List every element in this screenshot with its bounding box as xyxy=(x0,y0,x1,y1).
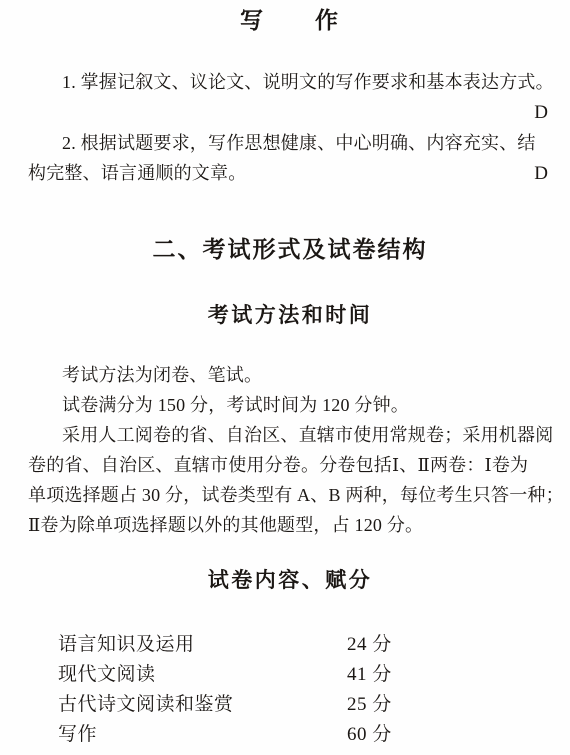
method-line: 卷的省、自治区、直辖市使用分卷。分卷包括Ⅰ、Ⅱ两卷：Ⅰ卷为 xyxy=(28,450,552,480)
grade-badge: D xyxy=(534,102,548,123)
requirement-2-line-2-text: 构完整、语言通顺的文章。 xyxy=(28,158,246,188)
score-value: 41 分 xyxy=(347,660,392,690)
grade-badge: D xyxy=(534,159,548,189)
requirement-1-line: 1. 掌握记叙文、议论文、说明文的写作要求和基本表达方式。 xyxy=(28,67,552,97)
exam-method-paragraphs: 考试方法为闭卷、笔试。 试卷满分为 150 分，考试时间为 120 分钟。 采用… xyxy=(28,360,552,540)
score-label: 语言知识及运用 xyxy=(58,630,347,660)
requirement-2-line-2: 构完整、语言通顺的文章。 D xyxy=(28,158,552,189)
score-row: 古代诗文阅读和鉴赏 25 分 xyxy=(58,690,552,720)
method-line: 采用人工阅卷的省、自治区、直辖市使用常规卷；采用机器阅 xyxy=(28,420,552,450)
method-line: 单项选择题占 30 分，试卷类型有 A、B 两种，每位考生只答一种； xyxy=(28,480,552,510)
document-page: 写 作 1. 掌握记叙文、议论文、说明文的写作要求和基本表达方式。 D 2. 根… xyxy=(0,0,570,755)
sub-heading-exam-method: 考试方法和时间 xyxy=(28,302,552,328)
score-value: 24 分 xyxy=(347,630,392,660)
score-label: 现代文阅读 xyxy=(58,660,347,690)
method-line: 试卷满分为 150 分，考试时间为 120 分钟。 xyxy=(28,390,552,420)
score-label: 写作 xyxy=(58,720,347,750)
method-line: 考试方法为闭卷、笔试。 xyxy=(28,360,552,390)
section-heading: 二、考试形式及试卷结构 xyxy=(28,235,552,265)
writing-requirements: 1. 掌握记叙文、议论文、说明文的写作要求和基本表达方式。 D 2. 根据试题要… xyxy=(28,67,552,189)
score-label: 古代诗文阅读和鉴赏 xyxy=(58,690,347,720)
score-value: 25 分 xyxy=(347,690,392,720)
score-table: 语言知识及运用 24 分 现代文阅读 41 分 古代诗文阅读和鉴赏 25 分 写… xyxy=(28,630,552,750)
requirement-2-line-1: 2. 根据试题要求，写作思想健康、中心明确、内容充实、结 xyxy=(28,128,552,158)
requirement-1-grade-line: D xyxy=(28,97,552,128)
score-row: 语言知识及运用 24 分 xyxy=(58,630,552,660)
score-row: 现代文阅读 41 分 xyxy=(58,660,552,690)
score-value: 60 分 xyxy=(347,720,392,750)
score-row: 写作 60 分 xyxy=(58,720,552,750)
method-line: Ⅱ卷为除单项选择题以外的其他题型，占 120 分。 xyxy=(28,510,552,540)
sub-heading-paper-content: 试卷内容、赋分 xyxy=(28,567,552,593)
page-title: 写 作 xyxy=(28,8,552,34)
